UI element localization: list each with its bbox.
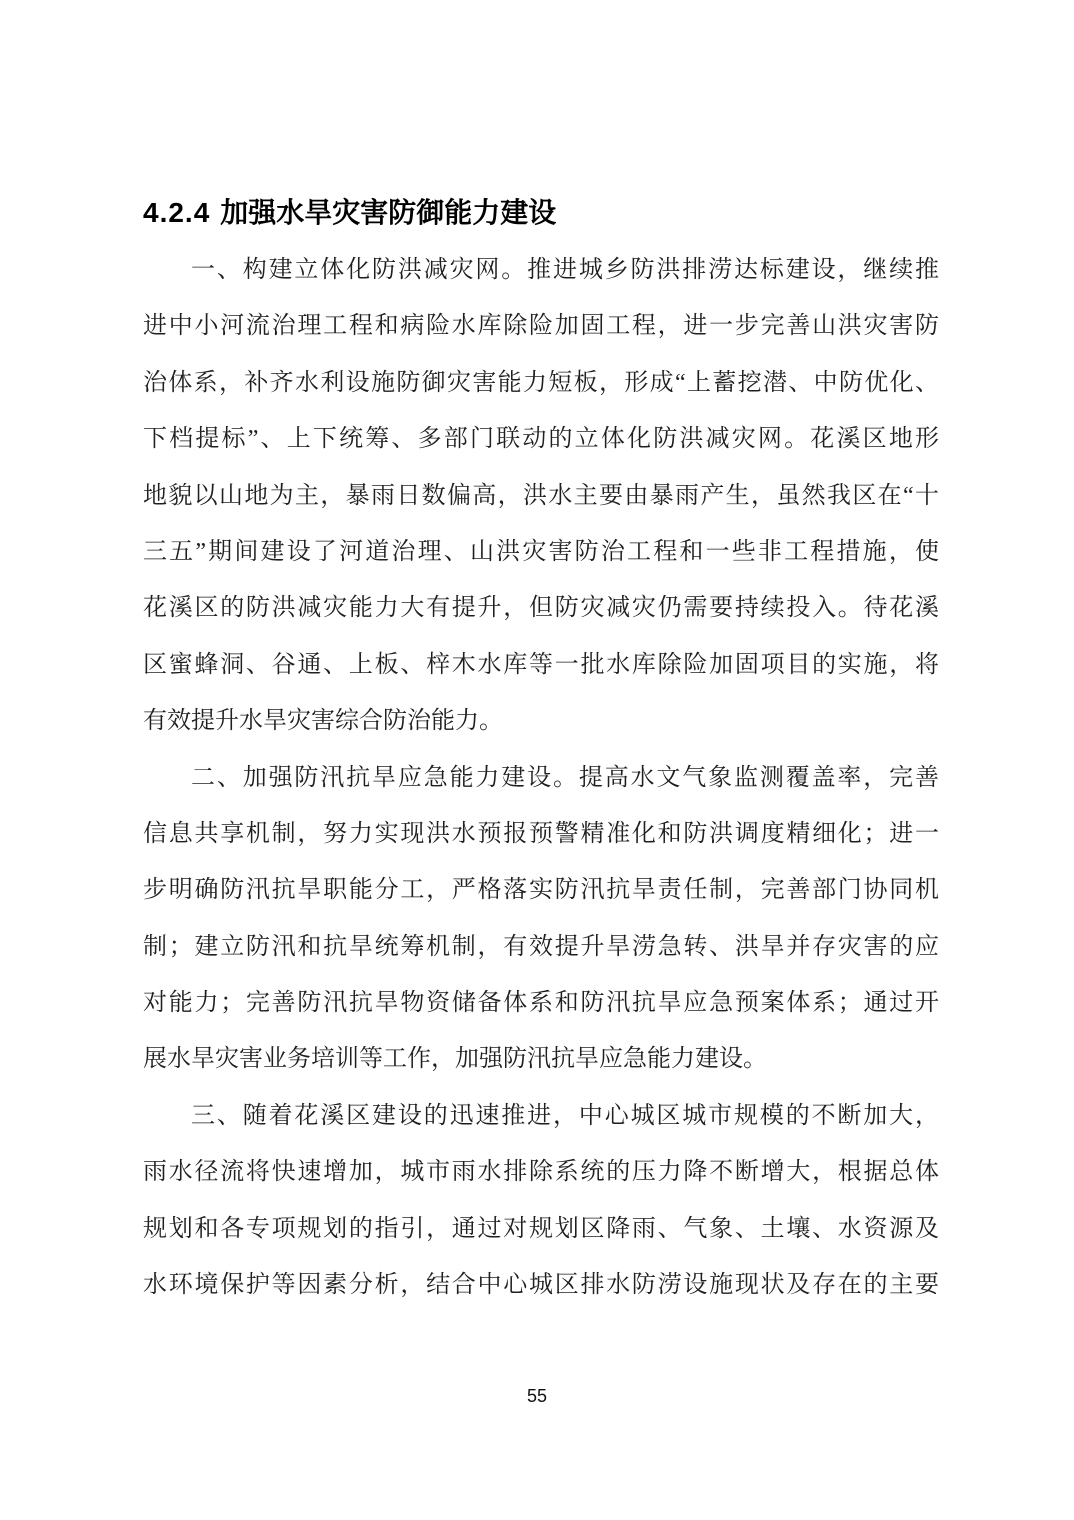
paragraph-3: 三、随着花溪区建设的迅速推进，中心城区城市规模的不断加大， 雨水径流将快速增加，… [143,1088,939,1314]
text-line: 三五”期间建设了河道治理、山洪灾害防治工程和一些非工程措施，使 [143,524,939,580]
paragraph-2: 二、加强防汛抗旱应急能力建设。提高水文气象监测覆盖率，完善 信息共享机制，努力实… [143,750,939,1088]
text-line: 雨水径流将快速增加，城市雨水排除系统的压力降不断增大，根据总体 [143,1144,939,1200]
text-line: 步明确防汛抗旱职能分工，严格落实防汛抗旱责任制，完善部门协同机 [143,862,939,918]
text-line: 对能力；完善防汛抗旱物资储备体系和防汛抗旱应急预案体系；通过开 [143,975,939,1031]
text-line: 治体系，补齐水利设施防御灾害能力短板，形成“上蓄挖潜、中防优化、 [143,355,939,411]
section-number: 4.2.4 [143,197,210,228]
text-line: 展水旱灾害业务培训等工作，加强防汛抗旱应急能力建设。 [143,1031,939,1087]
document-page: 4.2.4加强水旱灾害防御能力建设 一、构建立体化防洪减灾网。推进城乡防洪排涝达… [0,0,1074,1520]
text-line: 地貌以山地为主，暴雨日数偏高，洪水主要由暴雨产生，虽然我区在“十 [143,468,939,524]
text-line: 花溪区的防洪减灾能力大有提升，但防灾减灾仍需要持续投入。待花溪 [143,580,939,636]
text-line: 下档提标”、上下统筹、多部门联动的立体化防洪减灾网。花溪区地形 [143,411,939,467]
body-text: 一、构建立体化防洪减灾网。推进城乡防洪排涝达标建设，继续推 进中小河流治理工程和… [143,242,939,1313]
text-line: 有效提升水旱灾害综合防治能力。 [143,693,939,749]
text-line: 二、加强防汛抗旱应急能力建设。提高水文气象监测覆盖率，完善 [143,750,939,806]
text-line: 进中小河流治理工程和病险水库除险加固工程，进一步完善山洪灾害防 [143,298,939,354]
page-number: 55 [0,1384,1074,1408]
paragraph-1: 一、构建立体化防洪减灾网。推进城乡防洪排涝达标建设，继续推 进中小河流治理工程和… [143,242,939,750]
text-line: 区蜜蜂洞、谷通、上板、梓木水库等一批水库除险加固项目的实施，将 [143,637,939,693]
text-line: 制；建立防汛和抗旱统筹机制，有效提升旱涝急转、洪旱并存灾害的应 [143,919,939,975]
text-line: 规划和各专项规划的指引，通过对规划区降雨、气象、土壤、水资源及 [143,1201,939,1257]
section-title: 加强水旱灾害防御能力建设 [220,198,556,229]
text-line: 一、构建立体化防洪减灾网。推进城乡防洪排涝达标建设，继续推 [143,242,939,298]
section-heading: 4.2.4加强水旱灾害防御能力建设 [143,196,556,231]
text-line: 信息共享机制，努力实现洪水预报预警精准化和防洪调度精细化；进一 [143,806,939,862]
text-line: 三、随着花溪区建设的迅速推进，中心城区城市规模的不断加大， [143,1088,939,1144]
text-line: 水环境保护等因素分析，结合中心城区排水防涝设施现状及存在的主要 [143,1257,939,1313]
